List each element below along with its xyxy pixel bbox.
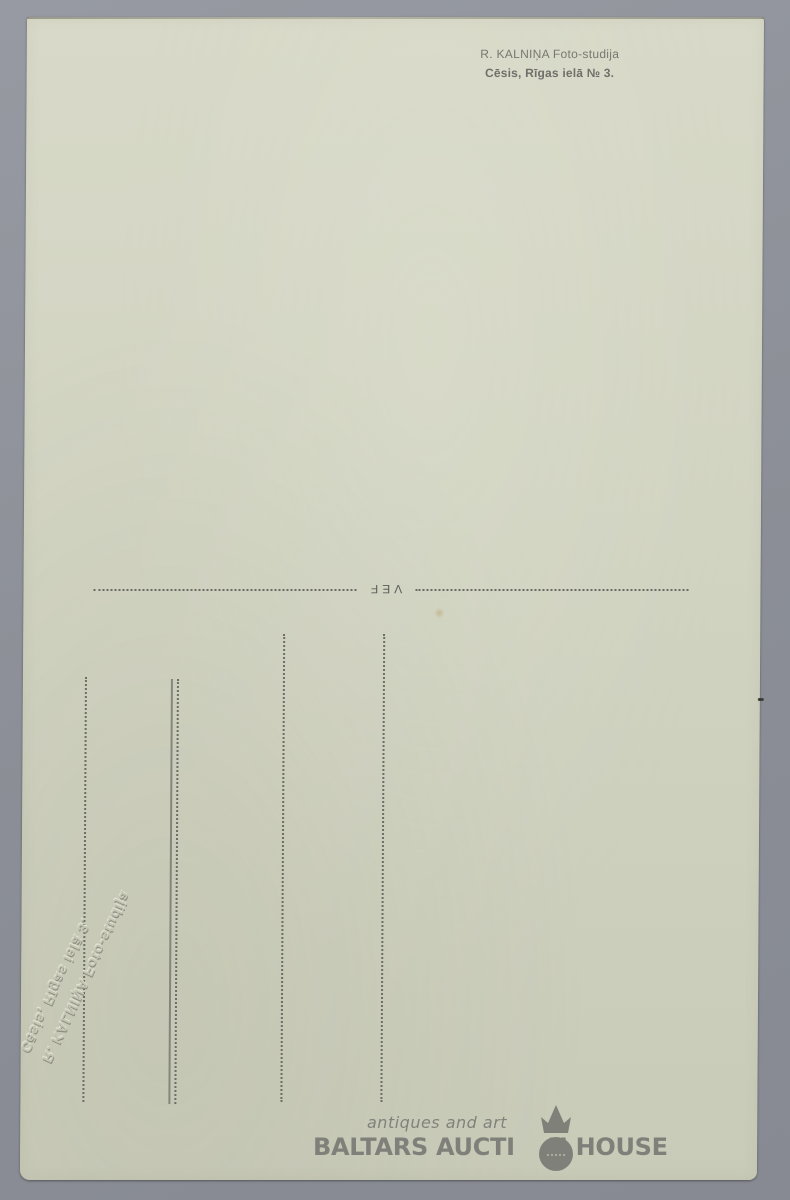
studio-imprint: R. KALNIŅA Foto-studija Cēsis, Rīgas iel… (415, 45, 685, 83)
embossed-studio-stamp: R. KALNIŅA Foto-studija Cēsis, Rīgas iel… (14, 877, 138, 1067)
vertical-dotted-line-3 (280, 634, 285, 1102)
center-mark: VEF (359, 582, 409, 596)
vertical-dotted-line-4 (380, 634, 385, 1102)
watermark-tagline: antiques and art (367, 1113, 507, 1132)
edge-nick (758, 698, 764, 701)
vertical-solid-line-2 (168, 679, 173, 1104)
studio-imprint-line1: R. KALNIŅA Foto-studija (415, 45, 685, 64)
vertical-dotted-line-1 (82, 677, 87, 1102)
studio-imprint-line2: Cēsis, Rīgas ielā № 3. (415, 64, 685, 83)
paper-stain (434, 607, 444, 619)
watermark-name: BALTARS AUCTIN HOUSE (313, 1133, 668, 1161)
vertical-dotted-line-2 (174, 679, 179, 1104)
watermark-name-part1: BALTARS AUCTI (313, 1133, 515, 1161)
horizontal-divider-right (415, 589, 688, 591)
card-top-edge (27, 17, 764, 19)
horizontal-divider-left (93, 589, 356, 591)
postcard: R. KALNIŅA Foto-studija Cēsis, Rīgas iel… (20, 17, 764, 1180)
crown-logo-icon (538, 1103, 574, 1173)
auction-house-watermark: antiques and art BALTARS AUCTIN HOUSE (313, 1103, 713, 1173)
